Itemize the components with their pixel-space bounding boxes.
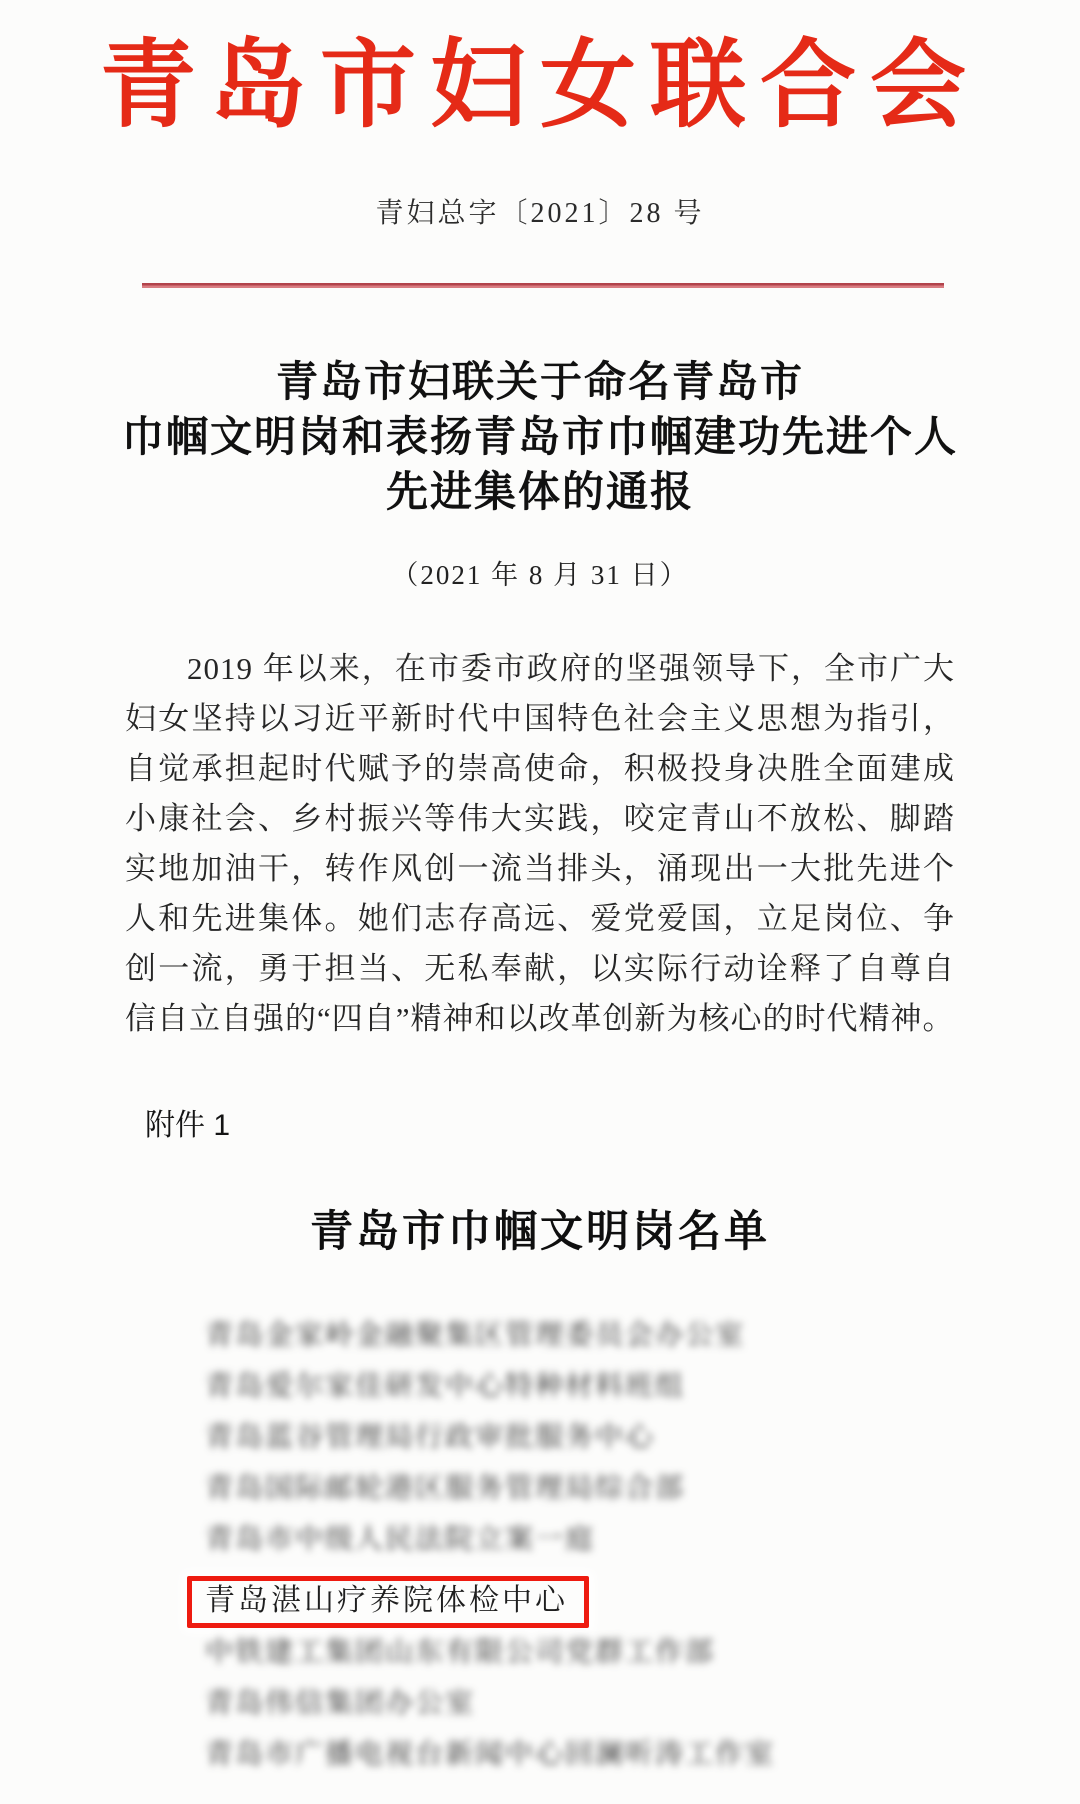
list-item: 青岛爱尔家佳研发中心特种材料班组: [205, 1372, 1080, 1402]
list-item: 青岛金家岭金融聚集区管理委员会办公室: [205, 1321, 1080, 1351]
highlight-red-box: 青岛湛山疗养院体检中心: [187, 1576, 589, 1628]
list-item: 中铁建工集团山东有限公司党群工作部: [205, 1638, 1080, 1668]
doc-title-line-1: 青岛市妇联关于命名青岛市: [0, 356, 1080, 411]
doc-number: 青妇总字〔2021〕28 号: [0, 191, 1080, 231]
list-title: 青岛市巾帼文明岗名单: [0, 1198, 1080, 1259]
document-page: 青岛市妇女联合会 青妇总字〔2021〕28 号 青岛市妇联关于命名青岛市 巾帼文…: [0, 0, 1080, 1804]
list-item: 青岛国际邮轮港区服务管理局综合部: [205, 1474, 1080, 1504]
list-item: 青岛蓝谷管理局行政审批服务中心: [205, 1423, 1080, 1453]
doc-title: 青岛市妇联关于命名青岛市 巾帼文明岗和表扬青岛市巾帼建功先进个人 先进集体的通报: [0, 356, 1080, 521]
red-divider-line: [142, 283, 944, 288]
honor-roll-list: 青岛金家岭金融聚集区管理委员会办公室 青岛爱尔家佳研发中心特种材料班组 青岛蓝谷…: [205, 1321, 1080, 1770]
list-item: 青岛市广播电视台新闻中心回澜听涛工作室: [205, 1740, 1080, 1770]
doc-date: （2021 年 8 月 31 日）: [0, 553, 1080, 592]
list-item-highlighted: 青岛湛山疗养院体检中心: [187, 1576, 1080, 1628]
org-title: 青岛市妇女联合会: [0, 28, 1080, 143]
body-paragraph: 2019 年以来，在市委市政府的坚强领导下，全市广大妇女坚持以习近平新时代中国特…: [125, 644, 955, 1044]
doc-title-line-2: 巾帼文明岗和表扬青岛市巾帼建功先进个人: [0, 411, 1080, 466]
highlighted-org-name: 青岛湛山疗养院体检中心: [205, 1584, 568, 1617]
attachment-label: 附件 1: [145, 1100, 1080, 1144]
list-item: 青岛市中级人民法院立案一庭: [205, 1525, 1080, 1555]
doc-title-line-3: 先进集体的通报: [0, 466, 1080, 521]
list-item: 青岛伟信集团办公室: [205, 1689, 1080, 1719]
